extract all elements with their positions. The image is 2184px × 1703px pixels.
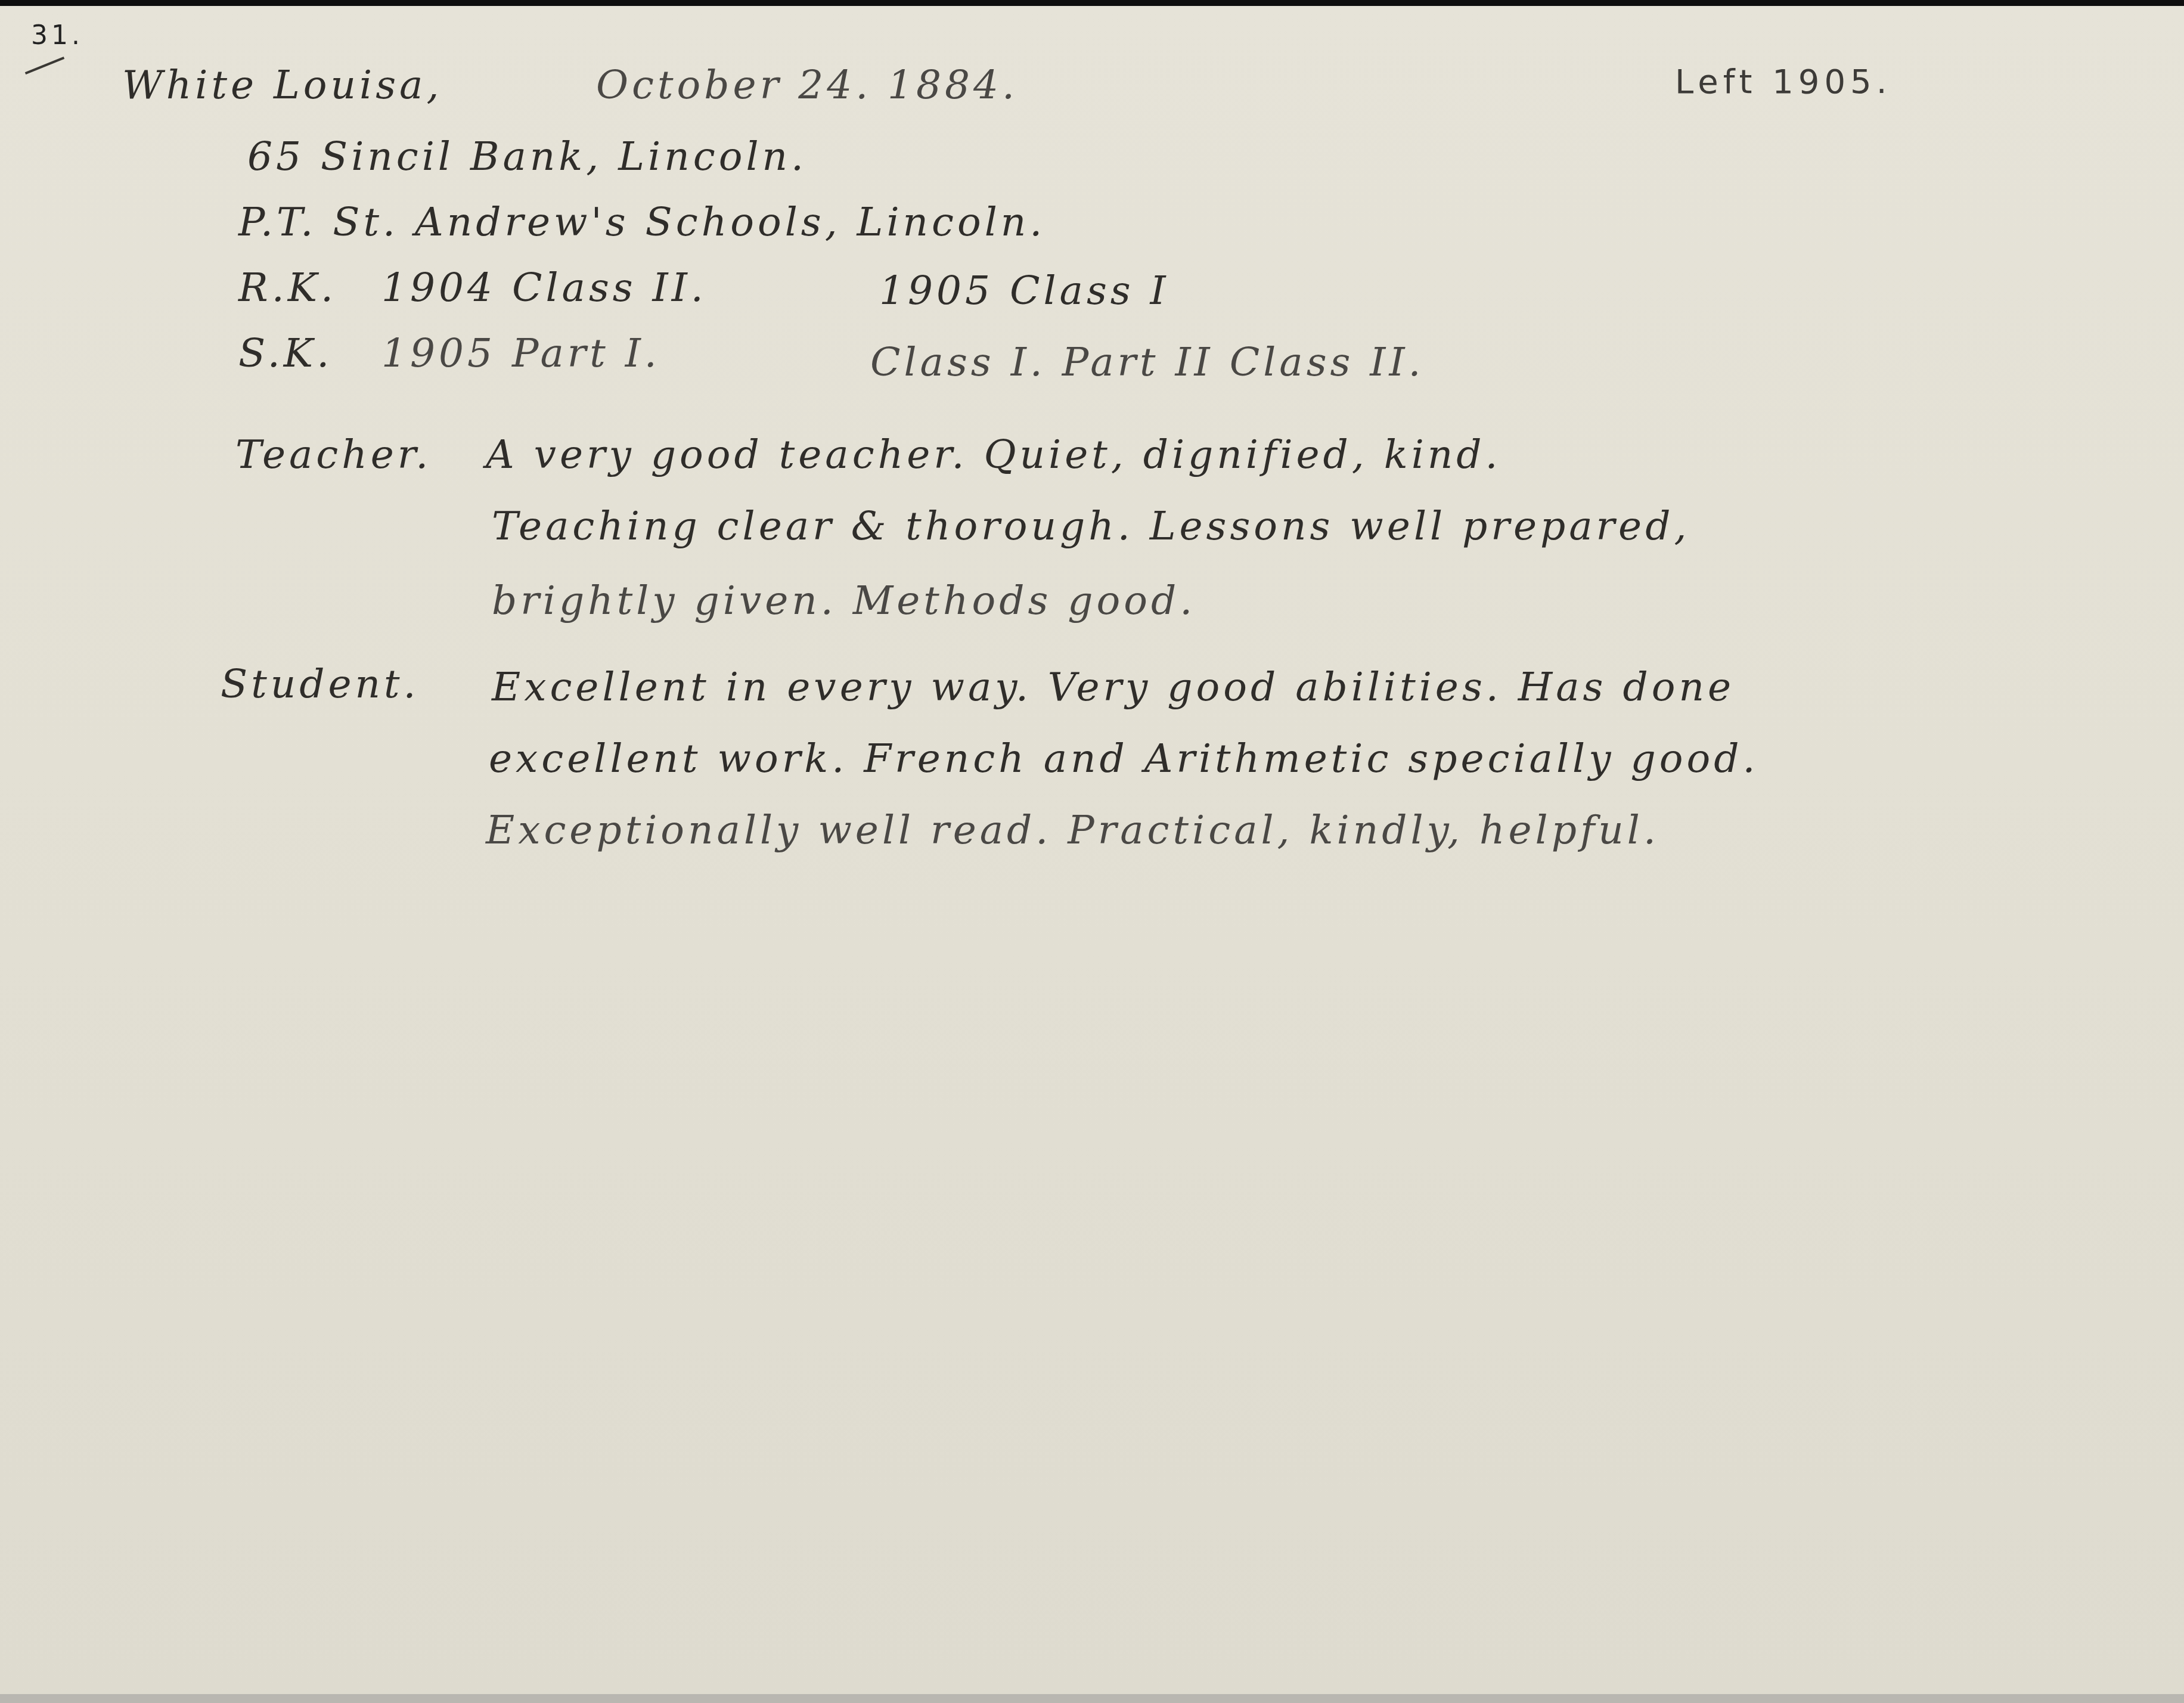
exam-rk-second: 1905 Class I [879, 271, 1169, 311]
student-line-2: excellent work. French and Arithmetic sp… [489, 739, 1758, 778]
exam-rk-first: 1904 Class II. [381, 268, 707, 308]
index-number: 31. [31, 23, 83, 49]
student-name: White Louisa, [122, 66, 442, 105]
student-label: Student. [221, 665, 420, 704]
teacher-line-3: brightly given. Methods good. [492, 581, 1196, 621]
address: 65 Sincil Bank, Lincoln. [247, 137, 807, 176]
teacher-label: Teacher. [235, 435, 432, 474]
exam-rk-label: R.K. [238, 268, 337, 308]
pupil-teacher-school: P.T. St. Andrew's Schools, Lincoln. [238, 203, 1046, 242]
exam-sk-second: Class I. Part II Class II. [870, 343, 1424, 382]
birth-date: October 24. 1884. [596, 66, 1018, 105]
student-line-3: Exceptionally well read. Practical, kind… [486, 811, 1659, 850]
record-card: 31. White Louisa, October 24. 1884. Left… [0, 6, 2184, 1694]
teacher-line-1: A very good teacher. Quiet, dignified, k… [486, 435, 1501, 474]
index-underline-mark [25, 57, 64, 75]
student-line-1: Excellent in every way. Very good abilit… [492, 668, 1735, 707]
left-year-note: Left 1905. [1675, 66, 1891, 99]
exam-sk-label: S.K. [238, 334, 333, 373]
scan-bottom-edge [0, 1694, 2184, 1703]
teacher-line-2: Teaching clear & thorough. Lessons well … [492, 507, 1690, 546]
exam-sk-first: 1905 Part I. [381, 334, 660, 373]
